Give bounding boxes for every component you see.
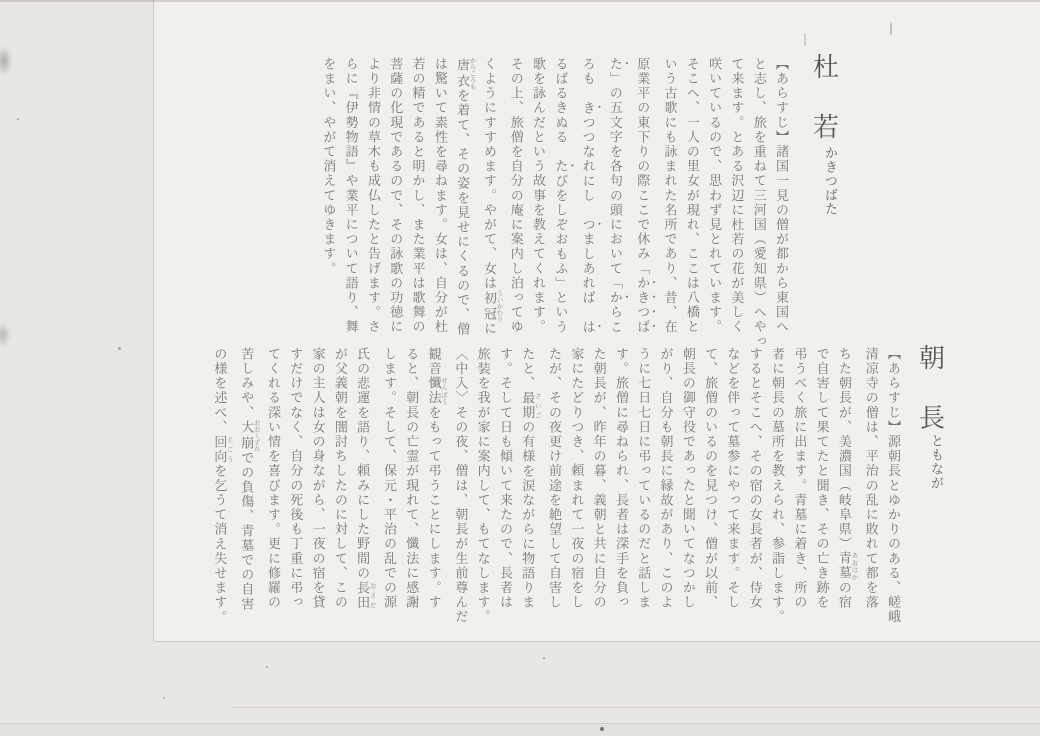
text-column: 清凉寺の僧は、平治の乱に敗れて都を落 (858, 347, 880, 639)
text-column: ちた朝長が、美濃国（岐阜県）青墓あおはかの宿 (832, 347, 859, 639)
scan-speck (17, 118, 19, 120)
play-title-reading: ともなが (926, 434, 945, 490)
text-column: すだけでなく、自分の死後も丁重に弔っ (283, 347, 305, 639)
text-column: たが、その夜更け前途を絶望して自害し (542, 347, 564, 639)
text-column: で自害して果てたと聞き、その亡き跡を (809, 347, 831, 639)
text-column: うに七日七日に弔っているのだと話しま (631, 347, 653, 639)
text-column: てくれる深い情を喜びます。更に修羅の (261, 347, 283, 639)
play-title-reading: かきつばた (820, 146, 839, 216)
text-column: 苦しみや、大崩おおくずれでの負傷、青墓での自害 (234, 347, 261, 639)
scan-smudge (0, 46, 12, 76)
text-column: その上、旅僧を自分の庵に案内し泊ってゆ (503, 57, 525, 365)
text-column: くようにすすめます。やがて、女は初冠ういかむりに (477, 57, 504, 365)
scan-speck (266, 666, 268, 668)
text-column: 弔うべく旅に出ます。青墓に着き、所の (787, 347, 809, 639)
play-title-kanji: 朝 (919, 346, 945, 372)
text-column: が父義朝を闇討ちしたのに対して、この (328, 347, 350, 639)
text-column: 家にたどりつき、頼まれて一夜の宿をし (564, 347, 586, 639)
scan-speck (543, 657, 545, 659)
text-column: 歌を詠んだという故事を教えてくれます。 (526, 57, 548, 365)
text-column: て、旅僧のいるのを見つけ、僧が以前、 (698, 347, 720, 639)
text-column: するとそこへ、その宿の女長者が、侍女 (742, 347, 764, 639)
text-column: 氏の悲運を語り、頼みにした野間の長田おさだ (350, 347, 377, 639)
text-column: 菩薩の化現であるので、その詠歌の功徳に (383, 57, 405, 365)
text-column: 咲いているので、思わず見とれています。 (702, 57, 724, 365)
text-column: す。そして日も傾いて来たので、長者は (493, 347, 515, 639)
text-column: より非情の草木も成仏したと告げます。さ (361, 57, 383, 365)
text-column: ると、朝長の亡霊が現れて、懺法に感謝 (399, 347, 421, 639)
text-column: 朝長の御守役であったと聞いてなつかし (676, 347, 698, 639)
text-column: 旅装を我が家に案内して、もてなします。 (470, 347, 492, 639)
scanned-document: 杜 若 かきつばた 【あらすじ】諸国一見の僧が都から東国へと志し、旅を重ねて三河… (0, 0, 1040, 736)
text-column: と志し、旅を重ねて三河国（愛知県）へやっ (746, 57, 768, 365)
text-column: をまい、やがて消えてゆきます。 (316, 57, 338, 365)
text-column: たと、最期さいごの有様を涙ながらに物語りま (515, 347, 542, 639)
text-column: た朝長が、昨年の暮、義朝と共に自分の (586, 347, 608, 639)
scan-top-edge (0, 0, 1040, 2)
text-column: 〈中入〉その夜、僧は、朝長が生前尊んだ (448, 347, 470, 639)
text-column: 観音懺法せんぼうをもって弔うことにします。す (421, 347, 448, 639)
text-column: 家の主人は女の身ながら、一夜の宿を貸 (305, 347, 327, 639)
text-column: るばるきぬる たびをしぞおもふ」という (548, 57, 575, 365)
scan-mark (804, 33, 806, 46)
text-column: 原業平の東下りの際ここで休み「かきつば (630, 57, 657, 365)
scan-speck (163, 697, 165, 699)
play-title-kanji: 杜 (813, 55, 839, 81)
text-column: などを伴って墓参にやって来ます。そし (720, 347, 742, 639)
text-column: 【あらすじ】諸国一見の僧が都から東国へ (769, 57, 791, 365)
text-column: 若の精であると明かし、また業平は歌舞の (405, 57, 427, 365)
text-column: た」の五文字を各句の頭において「からこ (603, 57, 630, 365)
scan-smudge (0, 322, 10, 348)
play-title-kanji: 長 (919, 406, 945, 432)
synopsis-text-tomonaga: 【あらすじ】源朝長とゆかりのある、嵯峨清凉寺の僧は、平治の乱に敗れて都を落ちた朝… (236, 347, 903, 639)
scan-speck (600, 727, 604, 731)
text-column: がり、自分も朝長に縁故があり、このよ (653, 347, 675, 639)
text-column: の様を述べ、回向えこうを乞うて消え失せます。 (207, 347, 234, 639)
scan-mark (890, 23, 892, 35)
text-column: 者に朝長の墓所を教えられ、参詣します。 (765, 347, 787, 639)
text-column: いう古歌にも詠まれた名所であり、昔、在 (657, 57, 679, 365)
text-column: 唐衣からころもを着て、その姿を見せにくるので、僧 (450, 57, 477, 365)
scanner-bed-strip (0, 723, 1040, 736)
synopsis-text-kakitsubata: 【あらすじ】諸国一見の僧が都から東国へと志し、旅を重ねて三河国（愛知県）へやって… (344, 57, 791, 365)
text-column: て来ます。とある沢辺に杜若の花が美しく (724, 57, 746, 365)
text-column: ろも きつつなれにし つましあれば は (575, 57, 602, 365)
text-column: そこへ、一人の里女が現れ、ここは八橋と (680, 57, 702, 365)
play-title-kanji: 若 (813, 115, 839, 141)
text-column: す。旅僧に尋ねられ、長者は深手を負っ (609, 347, 631, 639)
text-column: します。そして、保元・平治の乱での源 (377, 347, 399, 639)
text-column: らに『伊勢物語』や業平について語り、舞 (338, 57, 360, 365)
page-edge-line (232, 707, 1040, 708)
scan-speck (118, 347, 121, 350)
text-column: は驚いて素性を尋ねます。女は、自分が杜 (428, 57, 450, 365)
text-column: 【あらすじ】源朝長とゆかりのある、嵯峨 (881, 347, 903, 639)
